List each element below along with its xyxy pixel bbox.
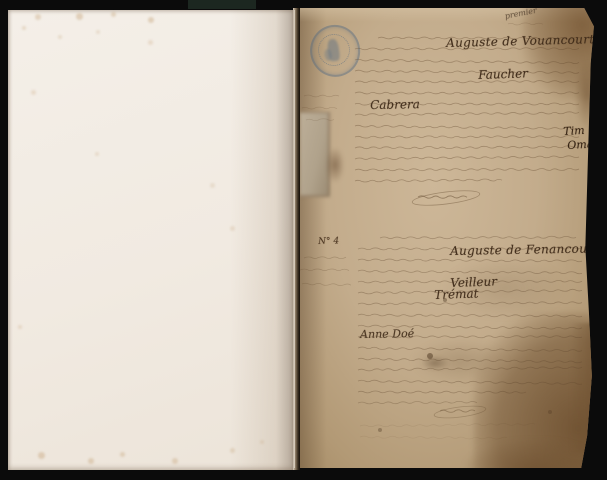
foxing-spot (230, 448, 235, 453)
handwriting-line (358, 270, 582, 274)
handwriting-line (360, 423, 535, 427)
paper-speck (548, 410, 552, 414)
handwriting-line (304, 257, 346, 259)
handwriting-line (358, 358, 582, 363)
handwriting-line (302, 283, 351, 285)
signature-flourish (434, 404, 487, 420)
handwriting-line (304, 95, 339, 97)
entry1-margin-word-1: Tim (563, 124, 585, 138)
handwriting-line (355, 112, 579, 117)
foxing-spot (35, 14, 41, 20)
handwriting-line (302, 107, 337, 109)
signature-stroke (418, 196, 467, 198)
entry2-word-anne: Anne Doé (360, 327, 414, 341)
right-page: premier Auguste de Vouancourt, Faucher C… (300, 8, 596, 468)
handwriting-line (358, 366, 582, 371)
handwriting-line (355, 136, 579, 138)
handwriting-line (355, 80, 579, 83)
scanned-register-photo: premier Auguste de Vouancourt, Faucher C… (0, 0, 607, 480)
handwriting-line (355, 168, 579, 171)
handwriting-line (306, 119, 334, 121)
handwriting-line (358, 391, 526, 393)
handwriting-line (355, 146, 579, 149)
handwriting-line (358, 314, 582, 317)
foxing-spot (22, 26, 26, 30)
foxing-spot (111, 12, 116, 17)
handwriting-line (380, 236, 576, 239)
handwriting-line (355, 59, 579, 64)
foxing-spot (38, 452, 45, 459)
foxing-spot (96, 30, 100, 34)
handwriting-line (358, 380, 582, 385)
foxing-spot (210, 183, 215, 188)
foxing-spot (260, 440, 264, 444)
book-spine-edge (188, 0, 256, 9)
foxing-spot (230, 226, 235, 231)
foxing-spot (148, 17, 154, 23)
signature-flourish (412, 188, 481, 208)
entry2-name: Auguste de Fenancourt, (450, 241, 603, 258)
handwriting-line (358, 347, 582, 352)
page-edge-highlight (294, 10, 295, 468)
handwriting-line (355, 179, 502, 182)
handwriting-line (355, 155, 579, 159)
handwriting-line (360, 436, 507, 439)
handwriting-line (300, 269, 349, 271)
foxing-spot (58, 35, 62, 39)
entry2-word-tremat: Trémat (434, 286, 479, 302)
paper-speck (427, 353, 433, 359)
handwriting-line (355, 70, 579, 74)
entry1-word-cabrera: Cabrera (370, 97, 420, 112)
foxing-spot (88, 458, 94, 464)
foxing-spot (172, 458, 178, 464)
foxing-spot (18, 325, 22, 329)
entry1-margin-word-2: Oma (567, 138, 594, 152)
foxing-spot (31, 90, 36, 95)
foxing-spot (120, 452, 125, 457)
handwriting-line (508, 23, 543, 25)
entry1-word-faucher: Faucher (478, 66, 528, 82)
handwriting-line (355, 125, 579, 130)
handwriting-line (358, 401, 477, 404)
foxing-spot (76, 13, 83, 20)
foxing-spot (95, 152, 99, 156)
entry2-number: N° 4 (318, 236, 339, 247)
foxing-spot (148, 40, 153, 45)
paper-speck (378, 428, 382, 432)
signature-stroke (440, 410, 475, 413)
handwriting-line (358, 259, 582, 262)
handwriting-lines (300, 8, 596, 468)
handwriting-line (355, 92, 579, 94)
left-page (8, 10, 293, 470)
handwriting-line (358, 301, 582, 305)
